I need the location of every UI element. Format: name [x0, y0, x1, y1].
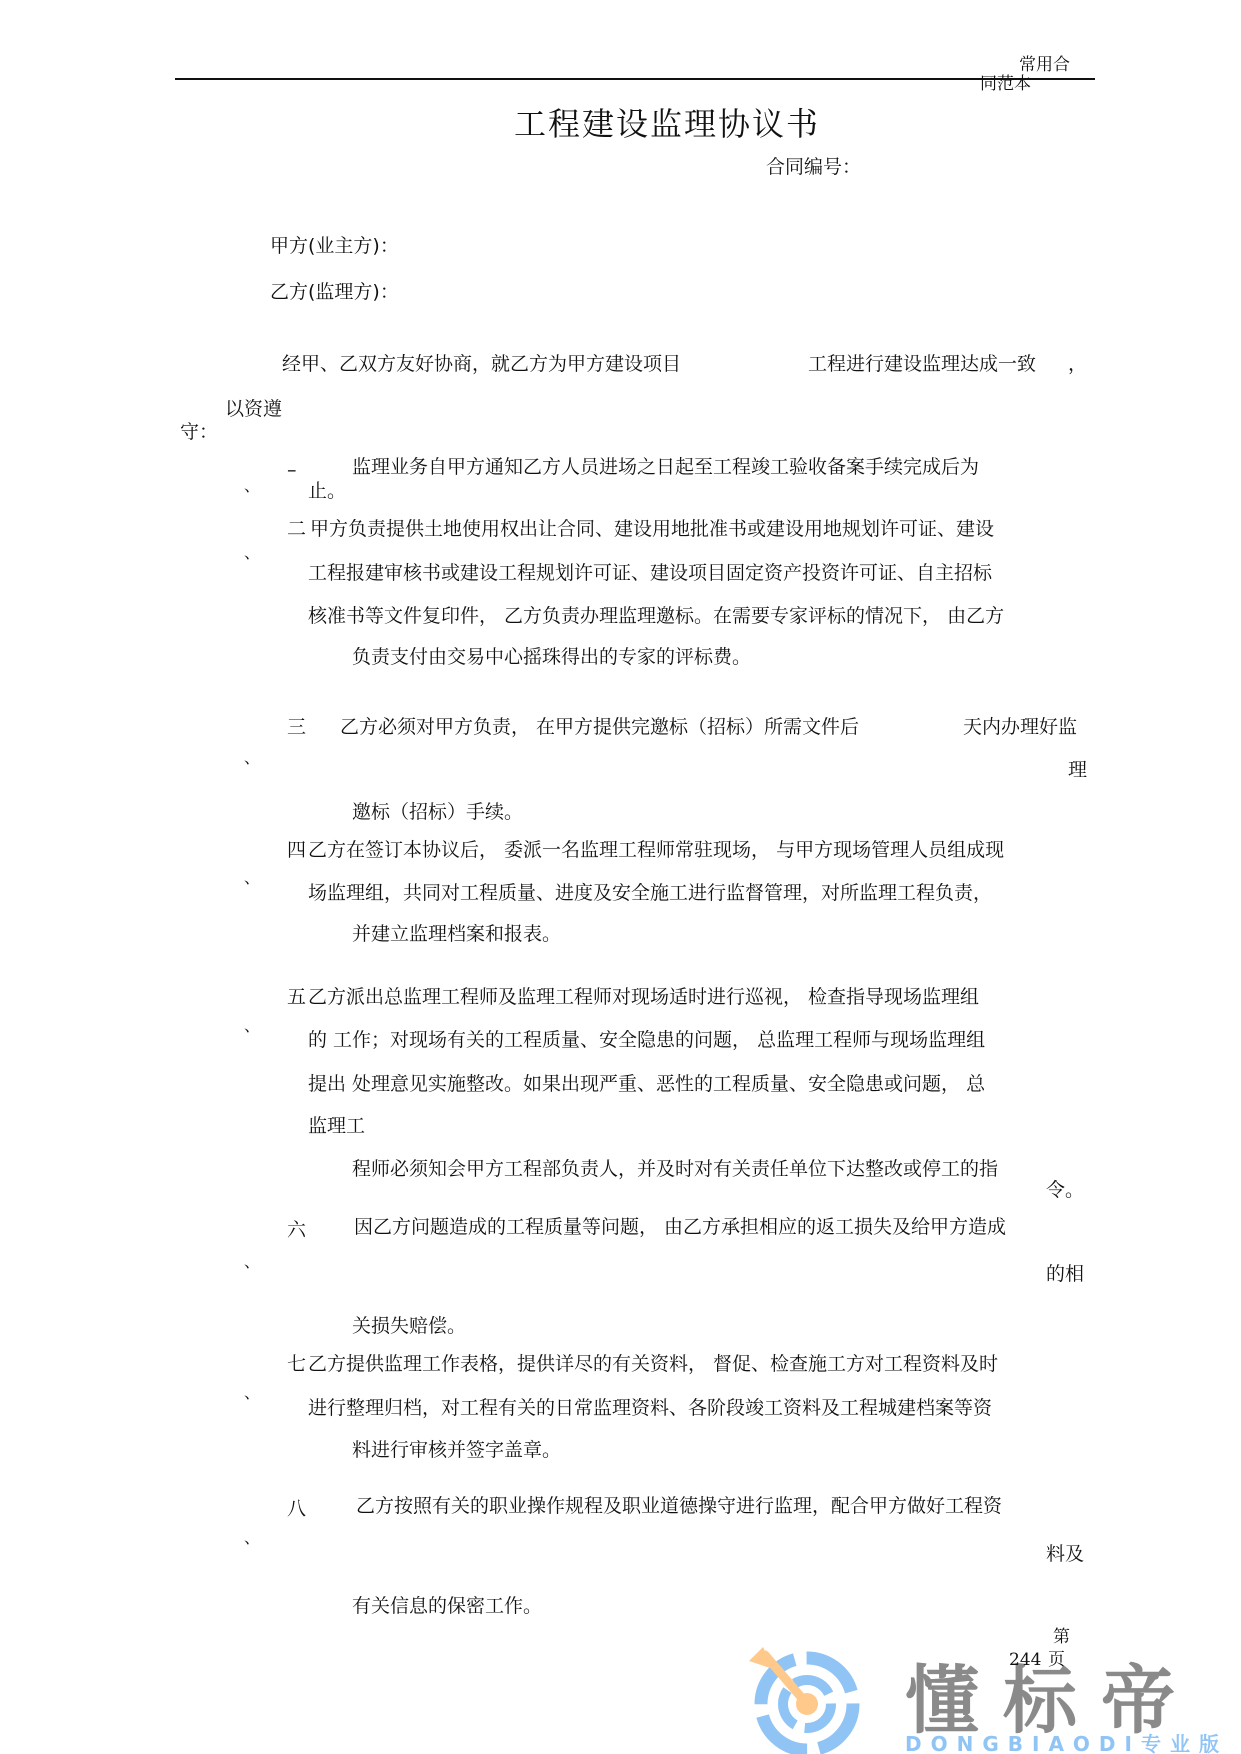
- clause-line: 工程报建审核书或建设工程规划许可证、建设项目固定资产投资许可证、自主招标: [308, 561, 992, 585]
- clause-line: 并建立监理档案和报表。: [352, 922, 561, 946]
- clause-number: 五: [287, 985, 306, 1009]
- page-label-top: 第: [1053, 1628, 1070, 1646]
- clause-number: 四: [287, 838, 306, 862]
- clause-number: 二: [287, 517, 306, 541]
- clause-number: 六: [287, 1218, 306, 1242]
- enum-mark: 、: [244, 870, 260, 886]
- document-title: 工程建设监理协议书: [514, 104, 820, 144]
- clause-line: 令。: [1046, 1178, 1084, 1202]
- clause-line: 监理业务自甲方通知乙方人员进场之日起至工程竣工验收备案手续完成后为: [352, 455, 979, 479]
- preamble-line1-left: 经甲、乙双方友好协商，就乙方为甲方建设项目: [282, 352, 681, 376]
- clause-line: 止。: [308, 479, 346, 503]
- clause-line: 乙方必须对甲方负责， 在甲方提供完邀标（招标）所需文件后: [340, 715, 859, 739]
- clause-line: 监理工: [308, 1114, 365, 1138]
- enum-mark: 、: [244, 750, 260, 766]
- clause-line: 提出 处理意见实施整改。如果出现严重、恶性的工程质量、安全隐患或问题， 总: [308, 1072, 985, 1096]
- clause-line: 核准书等文件复印件， 乙方负责办理监理邀标。在需要专家评标的情况下， 由乙方: [308, 604, 1004, 628]
- watermark-subtitle: DONGBIAODI专业版: [905, 1734, 1228, 1754]
- enum-mark: 、: [244, 545, 260, 561]
- party-b-label: 乙方(监理方)：: [270, 280, 399, 304]
- clause-line: 乙方在签订本协议后， 委派一名监理工程师常驻现场， 与甲方现场管理人员组成现: [308, 838, 1004, 862]
- preamble-line1-right: 工程进行建设监理达成一致: [808, 352, 1036, 376]
- contract-number-label: 合同编号：: [766, 155, 861, 179]
- clause-line: 关损失赔偿。: [352, 1314, 466, 1338]
- watermark-brand: 懂标帝: [905, 1661, 1199, 1741]
- enum-mark: 、: [244, 478, 260, 494]
- clause-line: 料进行审核并签字盖章。: [352, 1438, 561, 1462]
- page-number: 244: [1009, 1651, 1041, 1669]
- enum-mark: 、: [244, 1385, 260, 1401]
- enum-mark: 、: [244, 1018, 260, 1034]
- clause-number: –: [287, 458, 297, 482]
- clause-line: 乙方派出总监理工程师及监理工程师对现场适时进行巡视， 检查指导现场监理组: [308, 985, 979, 1009]
- clause-line: 因乙方问题造成的工程质量等问题， 由乙方承担相应的返工损失及给甲方造成: [354, 1215, 1006, 1239]
- header-label-line1: 常用合: [1019, 55, 1070, 75]
- clause-number: 三: [287, 715, 306, 739]
- preamble-line1-end: ，: [1068, 352, 1087, 376]
- clause-line: 进行整理归档，对工程有关的日常监理资料、各阶段竣工资料及工程城建档案等资: [308, 1396, 992, 1420]
- clause-line: 有关信息的保密工作。: [352, 1594, 542, 1618]
- clause-line: 的相: [1046, 1262, 1084, 1286]
- clause-line: 负责支付由交易中心摇珠得出的专家的评标费。: [352, 645, 751, 669]
- clause-line: 邀标（招标）手续。: [352, 800, 523, 824]
- clause-line: 料及: [1046, 1542, 1084, 1566]
- enum-mark: 、: [244, 1530, 260, 1546]
- clause-line: 乙方按照有关的职业操作规程及职业道德操守进行监理，配合甲方做好工程资: [356, 1494, 1002, 1518]
- clause-number: 七: [287, 1352, 306, 1376]
- clause-number: 八: [287, 1497, 306, 1521]
- clause-line: 理: [1068, 758, 1087, 782]
- page-label-bottom: 页: [1048, 1651, 1065, 1669]
- target-arrow-icon: [745, 1625, 885, 1754]
- header-label-line2: 同范本: [980, 74, 1031, 94]
- party-a-label: 甲方(业主方)：: [270, 234, 399, 258]
- clause-line: 甲方负责提供土地使用权出让合同、建设用地批准书或建设用地规划许可证、建设: [310, 517, 994, 541]
- watermark-logo: 懂标帝 DONGBIAODI专业版: [745, 1625, 1241, 1754]
- clause-line: 场监理组，共同对工程质量、进度及安全施工进行监督管理，对所监理工程负责，: [308, 881, 992, 905]
- preamble-line2: 以资遵: [225, 397, 282, 421]
- clause-line: 乙方提供监理工作表格，提供详尽的有关资料， 督促、检查施工方对工程资料及时: [308, 1352, 998, 1376]
- header-rule: [175, 78, 1095, 80]
- clause-line: 天内办理好监: [963, 715, 1077, 739]
- preamble-line3: 守：: [180, 420, 218, 444]
- clause-line: 的 工作；对现场有关的工程质量、安全隐患的问题， 总监理工程师与现场监理组: [308, 1028, 985, 1052]
- enum-mark: 、: [244, 1254, 260, 1270]
- clause-line: 程师必须知会甲方工程部负责人，并及时对有关责任单位下达整改或停工的指: [352, 1157, 998, 1181]
